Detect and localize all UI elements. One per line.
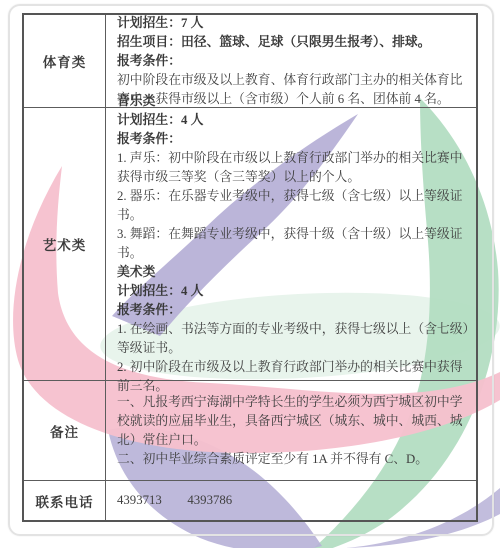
content-line: 计划招生：4 人 bbox=[117, 111, 469, 130]
row-content: 4393713 4393786 bbox=[106, 481, 476, 520]
content-line: 美术类 bbox=[117, 263, 469, 282]
content-line: 2. 器乐：在乐器专业考级中，获得七级（含七级）以上等级证书。 bbox=[117, 187, 469, 225]
row-label: 体育类 bbox=[24, 15, 106, 107]
content-line: 4393713 4393786 bbox=[117, 491, 469, 510]
info-table: 体育类计划招生：7 人招生项目：田径、篮球、足球（只限男生报考）、排球。报考条件… bbox=[22, 13, 478, 522]
table-row: 备注一、凡报考西宁海湖中学特长生的学生必须为西宁城区初中学校就读的应届毕业生，具… bbox=[24, 380, 476, 480]
content-line: 计划招生：4 人 bbox=[117, 282, 469, 301]
row-label: 艺术类 bbox=[24, 108, 106, 380]
content-line: 招生项目：田径、篮球、足球（只限男生报考）、排球。 bbox=[117, 33, 469, 52]
content-line: 一、凡报考西宁海湖中学特长生的学生必须为西宁城区初中学校就读的应届毕业生，具备西… bbox=[117, 393, 469, 450]
content-line: 3. 舞蹈：在舞蹈专业考级中，获得十级（含十级）以上等级证书。 bbox=[117, 225, 469, 263]
row-content: 音乐类计划招生：4 人报考条件：1. 声乐：初中阶段在市级以上教育行政部门举办的… bbox=[106, 108, 476, 380]
table-row: 艺术类音乐类计划招生：4 人报考条件：1. 声乐：初中阶段在市级以上教育行政部门… bbox=[24, 107, 476, 380]
content-line: 二、初中毕业综合素质评定至少有 1A 并不得有 C、D。 bbox=[117, 450, 469, 469]
content-line: 报考条件： bbox=[117, 52, 469, 71]
row-content: 一、凡报考西宁海湖中学特长生的学生必须为西宁城区初中学校就读的应届毕业生，具备西… bbox=[106, 381, 476, 480]
table-row: 联系电话4393713 4393786 bbox=[24, 480, 476, 520]
row-label: 联系电话 bbox=[24, 481, 106, 520]
content-line: 报考条件： bbox=[117, 301, 469, 320]
content-line: 1. 在绘画、书法等方面的专业考级中，获得七级以上（含七级）等级证书。 bbox=[117, 320, 469, 358]
content-line: 计划招生：7 人 bbox=[117, 14, 469, 33]
content-line: 音乐类 bbox=[117, 92, 469, 111]
page: { "watermark": { "name": "school-logo-sw… bbox=[0, 0, 500, 548]
content-line: 报考条件： bbox=[117, 130, 469, 149]
content-line: 1. 声乐：初中阶段在市级以上教育行政部门举办的相关比赛中获得市级三等奖（含三等… bbox=[117, 149, 469, 187]
row-label: 备注 bbox=[24, 381, 106, 480]
